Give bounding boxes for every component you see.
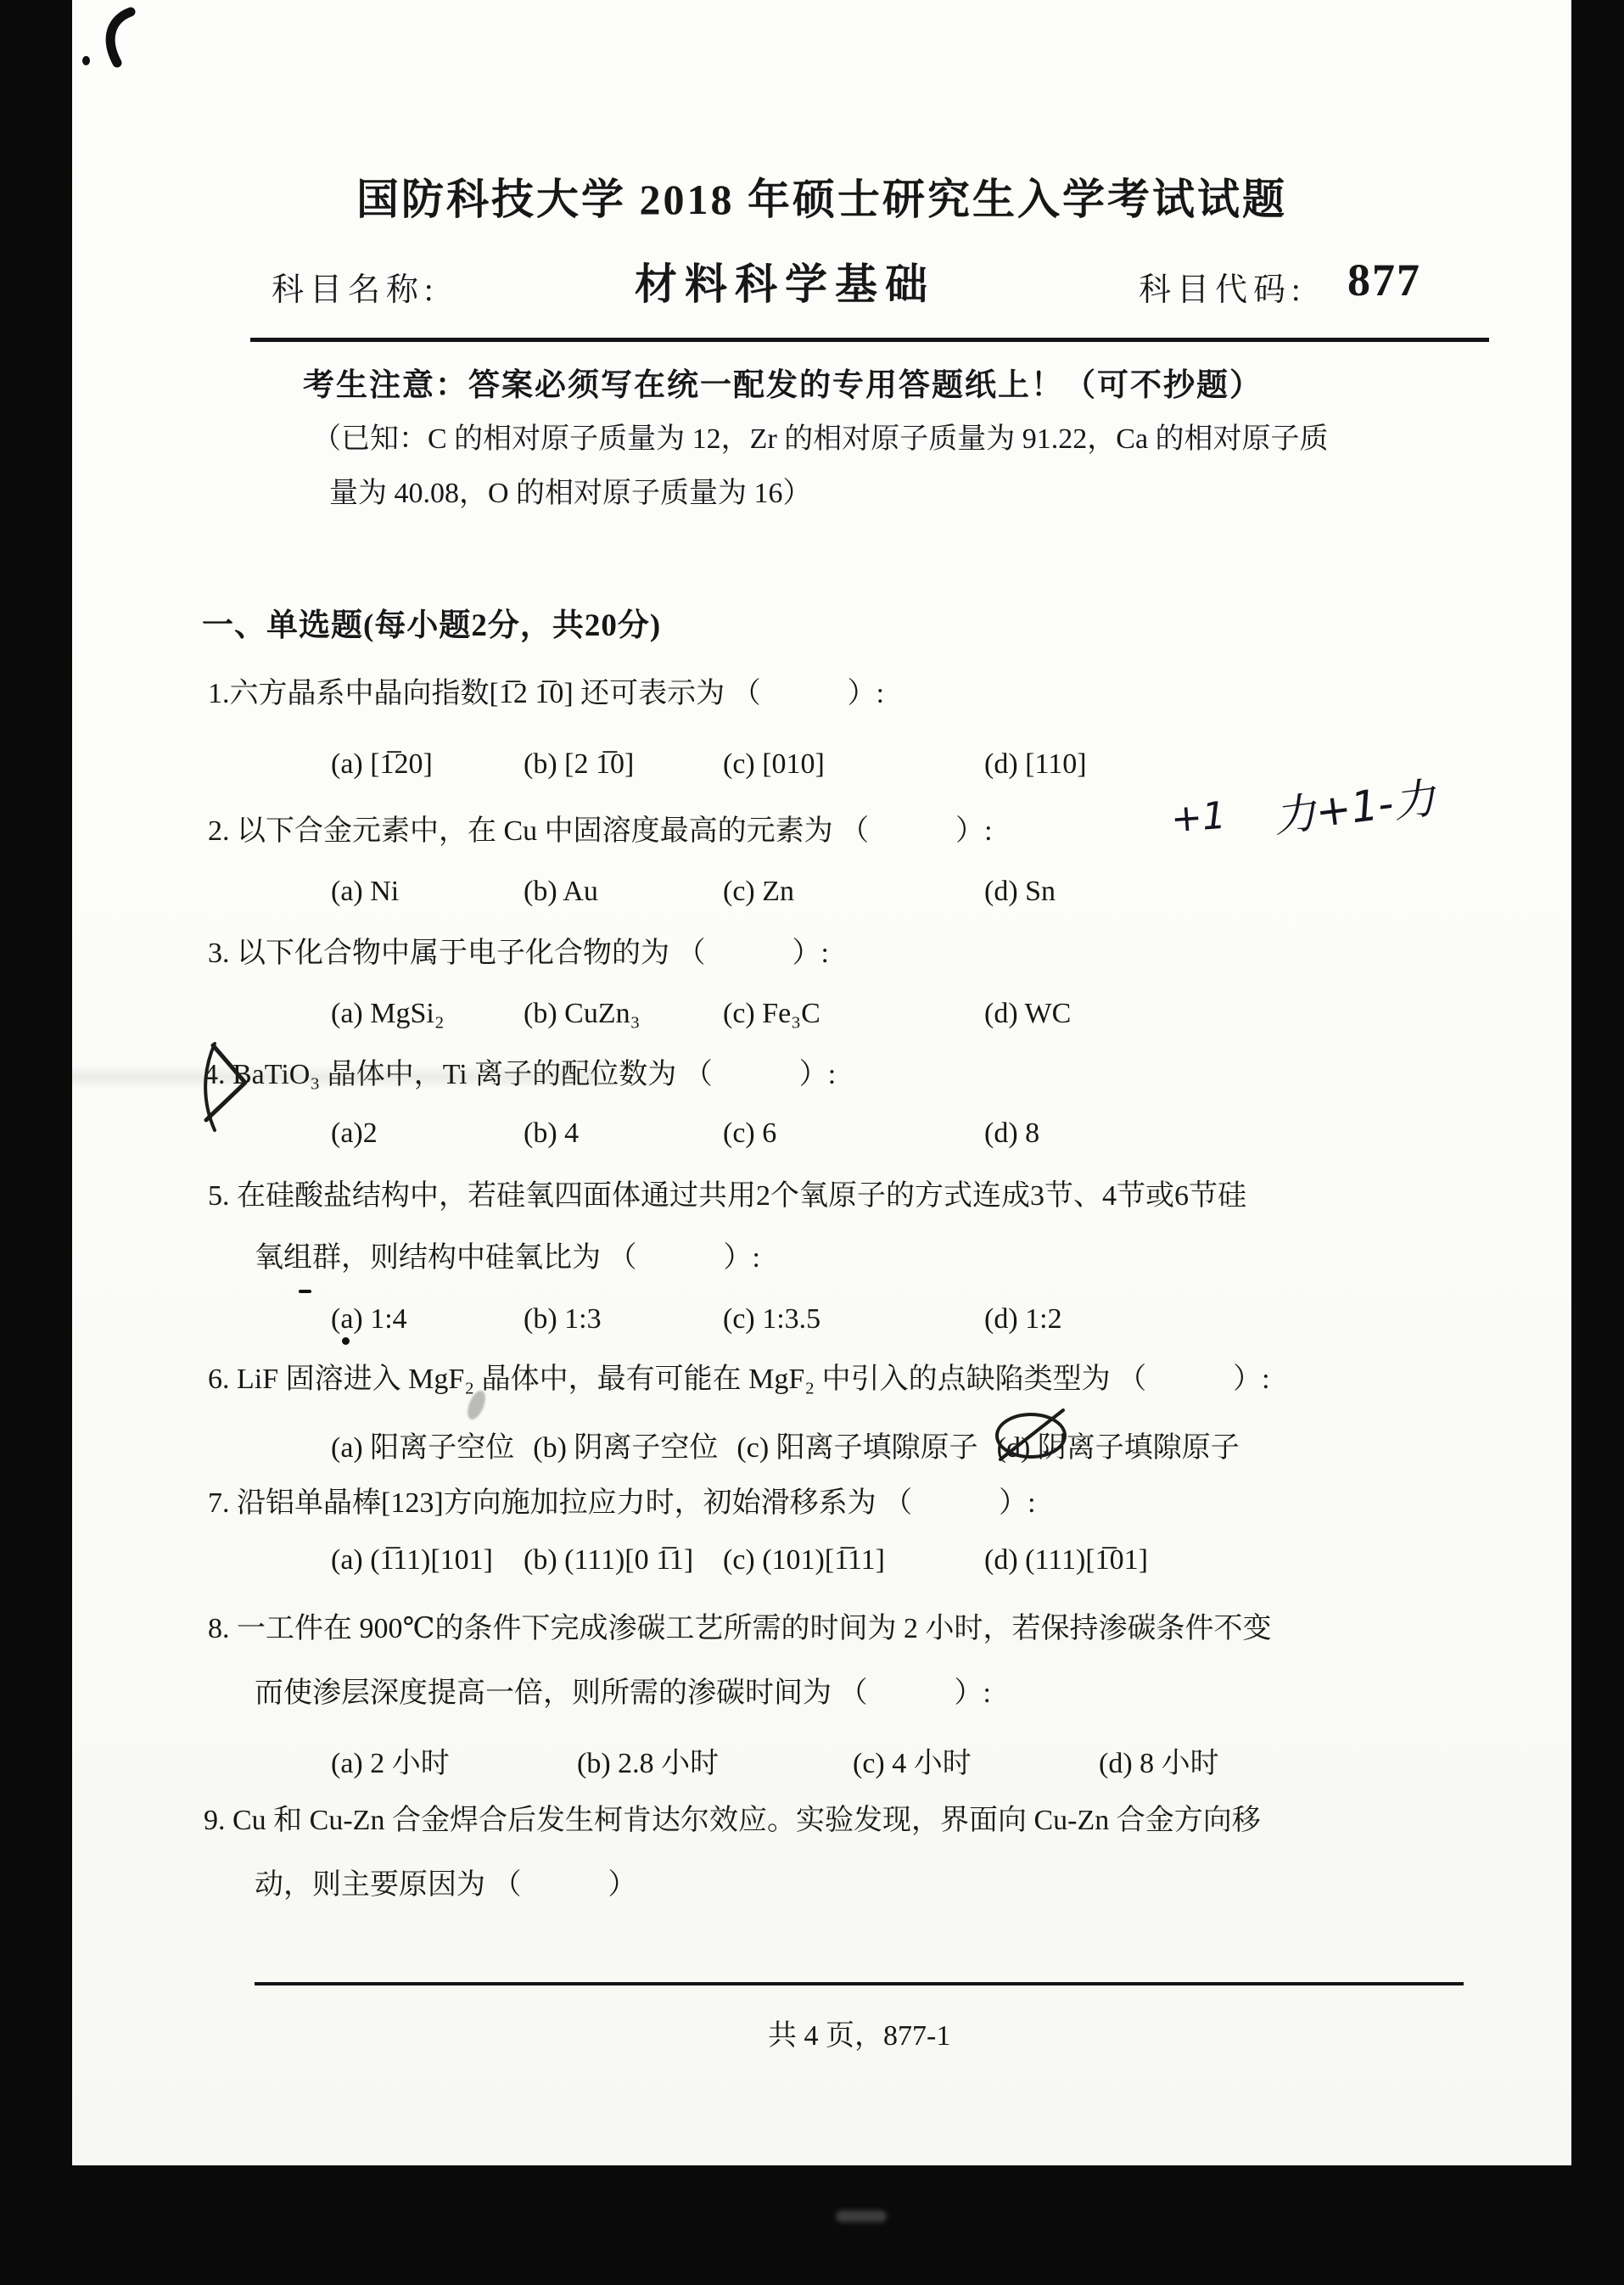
question-5-text-line-1: 5. 在硅酸盐结构中，若硅氧四面体通过共用2个氧原子的方式连成3节、4节或6节硅 xyxy=(208,1179,1246,1214)
option-d: (d) (111)[1̅01] xyxy=(984,1544,1148,1577)
question-2-text: 2. 以下合金元素中，在 Cu 中固溶度最高的元素为 （ ）: xyxy=(208,815,993,849)
question-4-text: 4. BaTiO₃ 晶体中，Ti 离子的配位数为 （ ）: xyxy=(204,1058,836,1093)
option-b: (b) 4 xyxy=(524,1117,723,1150)
scan-black-band-right xyxy=(1571,0,1624,2285)
question-5-text-line-2: 氧组群，则结构中硅氧比为 （ ）: xyxy=(255,1241,760,1276)
option-c: (c) (101)[1̅11] xyxy=(723,1544,984,1577)
header-divider xyxy=(250,338,1489,342)
option-a: (a) [1̅20] xyxy=(331,748,524,781)
pen-scribble-top-left xyxy=(93,5,153,73)
question-5-options: (a) 1:4 (b) 1:3 (c) 1:3.5 (d) 1:2 xyxy=(331,1303,1062,1336)
option-b: (b) 2.8 小时 xyxy=(577,1739,853,1781)
question-1-text: 1.六方晶系中晶向指数[1̅2 1̅0] 还可表示为 （ ）: xyxy=(208,677,884,712)
option-a: (a) 2 小时 xyxy=(331,1739,577,1781)
option-d: (d) WC xyxy=(984,998,1071,1030)
question-9-text-line-1: 9. Cu 和 Cu-Zn 合金焊合后发生柯肯达尔效应。实验发现，界面向 Cu-… xyxy=(204,1804,1261,1839)
option-d: (d) 1:2 xyxy=(984,1303,1062,1336)
scanned-exam-page: 国防科技大学 2018 年硕士研究生入学考试试题 科目名称: 材料科学基础 科目… xyxy=(0,0,1624,2285)
question-8-text-line-2: 而使渗层深度提高一倍，则所需的渗碳时间为 （ ）: xyxy=(255,1677,991,1711)
option-c: (c) 6 xyxy=(723,1117,984,1150)
exam-title: 国防科技大学 2018 年硕士研究生入学考试试题 xyxy=(356,174,1287,225)
subject-label: 科目名称: xyxy=(272,272,440,311)
option-a: (a) MgSi₂ xyxy=(331,998,524,1030)
option-c: (c) Fe₃C xyxy=(723,998,984,1030)
question-8-text-line-1: 8. 一工件在 900℃的条件下完成渗碳工艺所需的时间为 2 小时，若保持渗碳条… xyxy=(208,1612,1272,1647)
question-3-options: (a) MgSi₂ (b) CuZn₃ (c) Fe₃C (d) WC xyxy=(331,998,1071,1030)
code-value: 877 xyxy=(1347,253,1421,308)
section-heading: 一、单选题(每小题2分，共20分) xyxy=(202,608,661,645)
option-c: (c) 阳离子填隙原子 xyxy=(736,1424,977,1465)
pen-mark-question-4 xyxy=(189,1040,260,1135)
stray-dot-mark xyxy=(342,1337,350,1345)
ink-dot xyxy=(82,56,90,65)
handwritten-note-1: +1 xyxy=(1169,794,1227,841)
question-7-options: (a) (1̅11)[101] (b) (111)[0 1̅1] (c) (10… xyxy=(331,1544,1148,1577)
page-footer: 共 4 页，877-1 xyxy=(768,2019,950,2054)
subject-name: 材料科学基础 xyxy=(635,259,935,310)
option-a: (a)2 xyxy=(331,1117,524,1150)
option-d: (d) 8 小时 xyxy=(1099,1739,1219,1781)
option-c: (c) 4 小时 xyxy=(853,1739,1099,1781)
stray-dash-mark xyxy=(299,1290,311,1293)
question-1-options: (a) [1̅20] (b) [2 1̅0] (c) [010] (d) [11… xyxy=(331,748,1087,781)
option-b: (b) CuZn₃ xyxy=(524,998,723,1030)
pen-circle-option-d xyxy=(990,1407,1075,1465)
option-a: (a) Ni xyxy=(331,876,524,908)
exam-paper: 国防科技大学 2018 年硕士研究生入学考试试题 科目名称: 材料科学基础 科目… xyxy=(72,0,1571,2165)
option-b: (b) 1:3 xyxy=(524,1303,723,1336)
scan-black-band-bottom xyxy=(0,2165,1624,2285)
question-7-text: 7. 沿铝单晶棒[123]方向施加拉应力时，初始滑移系为 （ ）: xyxy=(208,1487,1036,1521)
given-note-line-2: 量为 40.08，O 的相对原子质量为 16） xyxy=(329,477,812,512)
scan-black-band-left xyxy=(0,0,72,2285)
option-c: (c) 1:3.5 xyxy=(723,1303,984,1336)
option-d: (d) [110] xyxy=(984,748,1087,781)
option-b: (b) [2 1̅0] xyxy=(524,748,723,781)
question-8-options: (a) 2 小时 (b) 2.8 小时 (c) 4 小时 (d) 8 小时 xyxy=(331,1739,1219,1781)
question-3-text: 3. 以下化合物中属于电子化合物的为 （ ）: xyxy=(208,937,829,972)
question-2-options: (a) Ni (b) Au (c) Zn (d) Sn xyxy=(331,876,1056,908)
question-6-options: (a) 阳离子空位 (b) 阴离子空位 (c) 阳离子填隙原子 (d) 阴离子填… xyxy=(331,1424,1240,1465)
option-d: (d) 8 xyxy=(984,1117,1039,1150)
option-b: (b) (111)[0 1̅1] xyxy=(524,1544,723,1577)
handwritten-note-2: 力+1-力 xyxy=(1269,764,1438,845)
given-note-line-1: （已知：C 的相对原子质量为 12，Zr 的相对原子质量为 91.22，Ca 的… xyxy=(312,423,1329,457)
footer-divider xyxy=(255,1982,1464,1985)
option-c: (c) [010] xyxy=(723,748,984,781)
code-label: 科目代码: xyxy=(1139,272,1307,311)
scan-band-smudge xyxy=(836,2210,887,2222)
option-c: (c) Zn xyxy=(723,876,984,908)
option-a: (a) 阳离子空位 xyxy=(331,1424,514,1465)
option-b: (b) 阴离子空位 xyxy=(533,1424,718,1465)
option-b: (b) Au xyxy=(524,876,723,908)
question-9-text-line-2: 动，则主要原因为 （ ） xyxy=(255,1868,637,1903)
question-6-text: 6. LiF 固溶进入 MgF₂ 晶体中，最有可能在 MgF₂ 中引入的点缺陷类… xyxy=(208,1363,1270,1397)
option-a: (a) 1:4 xyxy=(331,1303,524,1336)
notice: 考生注意：答案必须写在统一配发的专用答题纸上！（可不抄题） xyxy=(303,367,1263,404)
question-4-options: (a)2 (b) 4 (c) 6 (d) 8 xyxy=(331,1117,1039,1150)
option-d: (d) Sn xyxy=(984,876,1056,908)
option-a: (a) (1̅11)[101] xyxy=(331,1544,524,1577)
